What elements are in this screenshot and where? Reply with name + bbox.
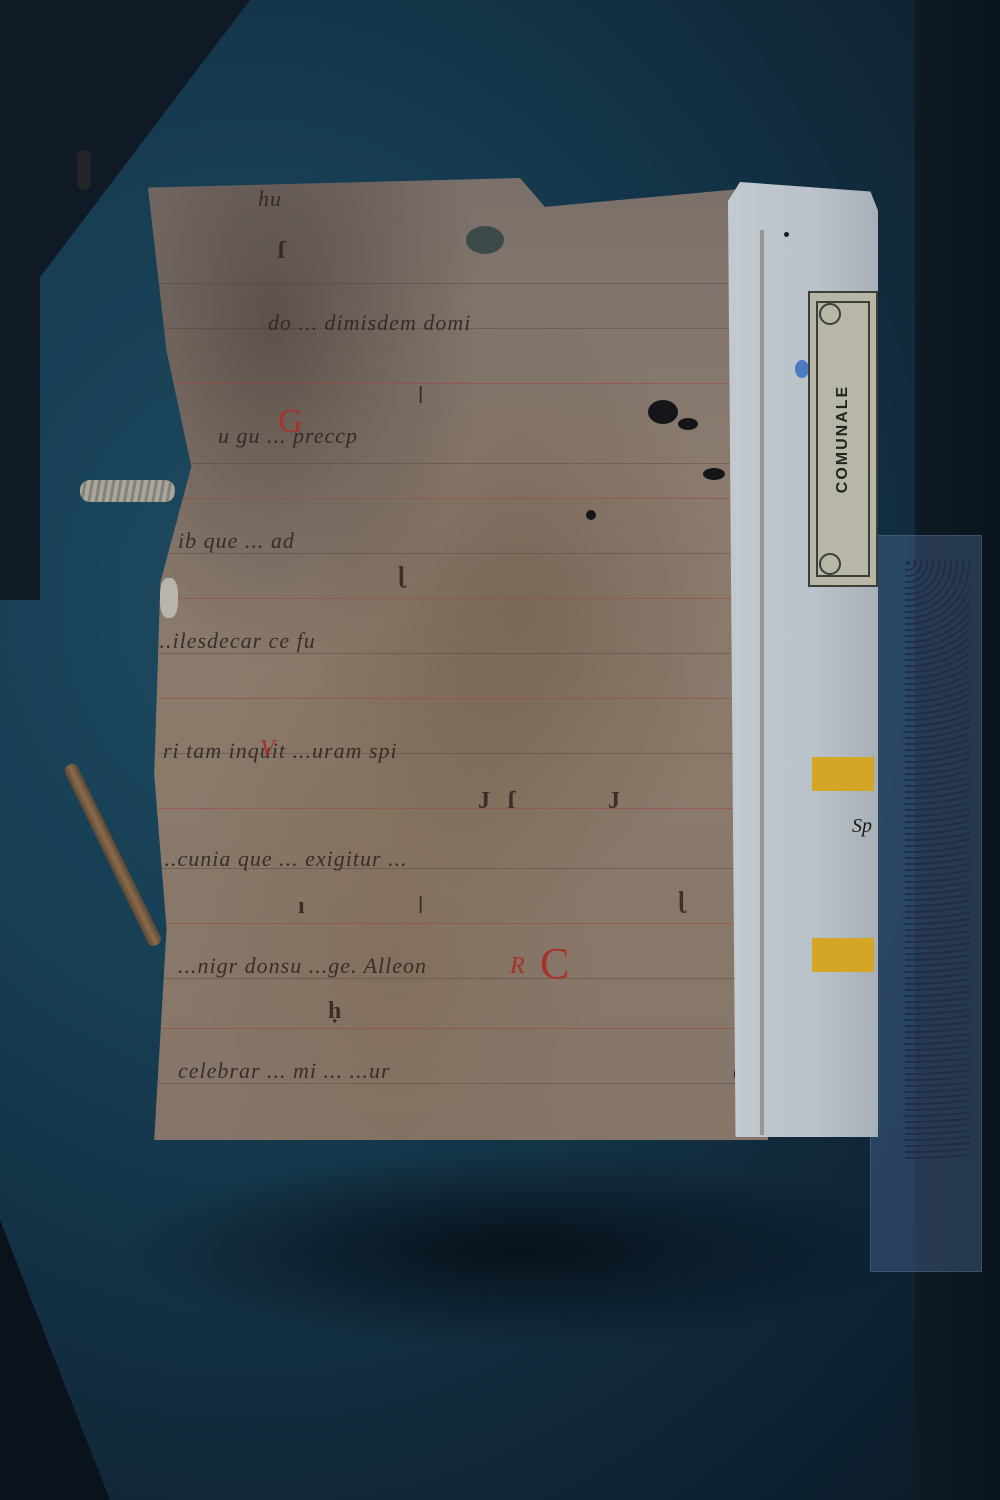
manuscript-line: do ... dimisdem domi (268, 310, 471, 336)
leather-edge-left (0, 0, 40, 600)
rubric-r: R (510, 953, 525, 980)
spine-fold (760, 230, 764, 1135)
spine-inscription: Sp (852, 815, 872, 838)
manuscript-fragment: hu do ... dimisdem domi u gu ... preccp … (148, 178, 768, 1140)
manuscript-line: ib que ... ad (178, 528, 295, 554)
blue-ink-spot (795, 360, 809, 378)
leather-corner-bottom-left (0, 1220, 110, 1500)
red-initial-c: C (540, 938, 569, 989)
library-label: COMUNALE (808, 291, 878, 587)
manuscript-line: ri tam inquit ...uram spi (163, 738, 398, 764)
binding-thread (80, 480, 175, 502)
manuscript-line: hu (258, 186, 282, 212)
yellow-tab-top (812, 757, 874, 791)
manuscript-line: celebrar ... mi ... ...ur (178, 1058, 391, 1084)
cover-mark (77, 150, 91, 190)
cover-shadow (120, 1150, 920, 1350)
label-text: COMUNALE (834, 385, 852, 493)
manuscript-line: ...cunia que ... exigitur ... (158, 846, 408, 872)
manuscript-line: ...ilesdecar ce fu (153, 628, 316, 654)
yellow-tab-bottom (812, 938, 874, 972)
photo-scene: hu do ... dimisdem domi u gu ... preccp … (0, 0, 1000, 1500)
red-initial-v: V (260, 736, 275, 763)
tape-texture (905, 560, 970, 1160)
red-initial-g: G (278, 403, 303, 441)
manuscript-line: ...nigr donsu ...ge. Alleon (178, 953, 427, 979)
ink-dot (784, 232, 789, 237)
